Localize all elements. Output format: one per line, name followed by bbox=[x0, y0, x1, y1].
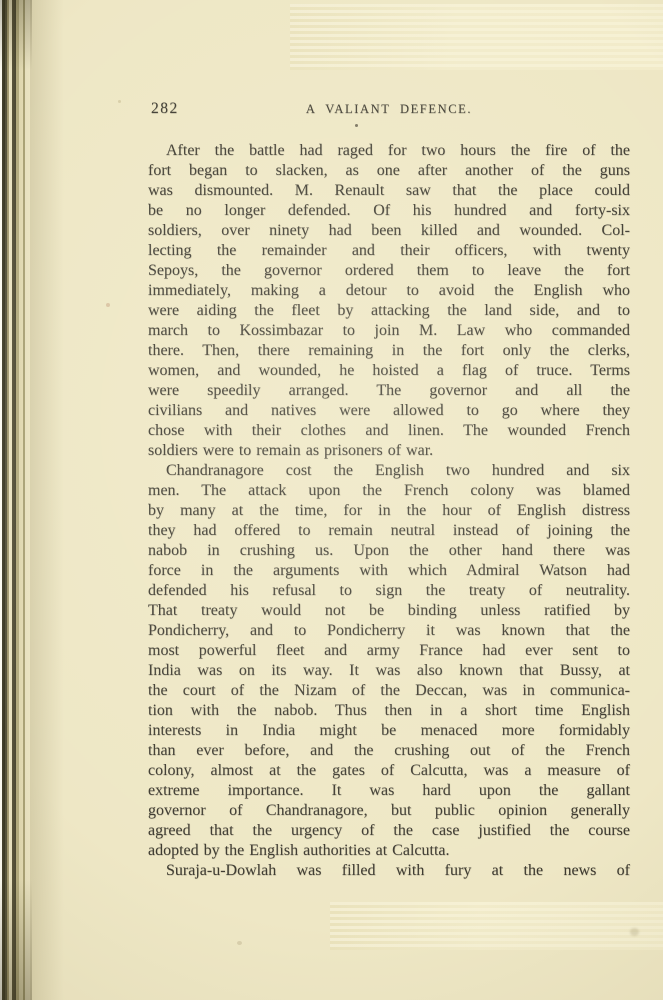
text-line: immediately, making a detour to avoid th… bbox=[148, 281, 630, 301]
book-page-scan: 282 A VALIANT DEFENCE. After the battle … bbox=[0, 0, 663, 1000]
text-line: was dismounted. M. Renault saw that the … bbox=[148, 181, 630, 201]
paper-speck bbox=[630, 928, 639, 936]
text-line: the court of the Nizam of the Deccan, wa… bbox=[148, 681, 630, 701]
paper-speck bbox=[106, 303, 110, 307]
text-line: fort began to slacken, as one after anot… bbox=[148, 161, 630, 181]
text-line: most powerful fleet and army France had … bbox=[148, 641, 630, 661]
book-binding-gutter bbox=[0, 0, 32, 1000]
text-line: men. The attack upon the French colony w… bbox=[148, 481, 630, 501]
text-line: Pondicherry, and to Pondicherry it was k… bbox=[148, 621, 630, 641]
text-line: women, and wounded, he hoisted a flag of… bbox=[148, 361, 630, 381]
printers-mark-dot bbox=[355, 124, 358, 127]
text-line: chose with their clothes and linen. The … bbox=[148, 421, 630, 441]
text-line: governor of Chandranagore, but public op… bbox=[148, 801, 630, 821]
text-line: That treaty would not be binding unless … bbox=[148, 601, 630, 621]
page-number: 282 bbox=[151, 100, 179, 118]
text-line: than ever before, and the crushing out o… bbox=[148, 741, 630, 761]
text-line: soldiers were to remain as prisoners of … bbox=[148, 441, 630, 461]
text-line: After the battle had raged for two hours… bbox=[148, 141, 630, 161]
text-line: agreed that the urgency of the case just… bbox=[148, 821, 630, 841]
page-edge-texture-top bbox=[290, 4, 663, 70]
text-line: soldiers, over ninety had been killed an… bbox=[148, 221, 630, 241]
text-line: adopted by the English authorities at Ca… bbox=[148, 841, 630, 861]
text-line: be no longer defended. Of his hundred an… bbox=[148, 201, 630, 221]
text-line: civilians and natives were allowed to go… bbox=[148, 401, 630, 421]
text-line: Suraja-u-Dowlah was filled with fury at … bbox=[148, 861, 630, 881]
text-line: march to Kossimbazar to join M. Law who … bbox=[148, 321, 630, 341]
text-line: were aiding the fleet by attacking the l… bbox=[148, 301, 630, 321]
text-line: nabob in crushing us. Upon the other han… bbox=[148, 541, 630, 561]
page-edge-texture-bottom bbox=[330, 902, 663, 950]
running-title: A VALIANT DEFENCE. bbox=[148, 100, 630, 117]
text-line: force in the arguments with which Admira… bbox=[148, 561, 630, 581]
text-line: they had offered to remain neutral inste… bbox=[148, 521, 630, 541]
page-header: 282 A VALIANT DEFENCE. bbox=[148, 100, 630, 120]
text-line: interests in India might be menaced more… bbox=[148, 721, 630, 741]
text-line: were speedily arranged. The governor and… bbox=[148, 381, 630, 401]
text-line: colony, almost at the gates of Calcutta,… bbox=[148, 761, 630, 781]
text-line: by many at the time, for in the hour of … bbox=[148, 501, 630, 521]
text-line: Chandranagore cost the English two hundr… bbox=[148, 461, 630, 481]
text-block: After the battle had raged for two hours… bbox=[148, 141, 630, 881]
text-line: India was on its way. It was also known … bbox=[148, 661, 630, 681]
paper-speck bbox=[237, 941, 242, 945]
paper-speck bbox=[118, 100, 121, 103]
text-line: extreme importance. It was hard upon the… bbox=[148, 781, 630, 801]
text-line: lecting the remainder and their officers… bbox=[148, 241, 630, 261]
binding-shadow bbox=[30, 0, 64, 1000]
text-line: there. Then, there remaining in the fort… bbox=[148, 341, 630, 361]
text-line: tion with the nabob. Thus then in a shor… bbox=[148, 701, 630, 721]
text-line: defended his refusal to sign the treaty … bbox=[148, 581, 630, 601]
text-line: Sepoys, the governor ordered them to lea… bbox=[148, 261, 630, 281]
